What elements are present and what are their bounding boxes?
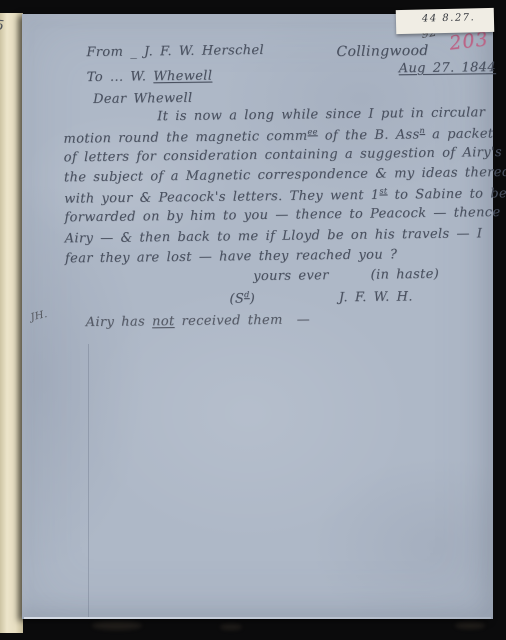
scan-smudge	[455, 622, 485, 629]
body-line: forwarded on by him to you — thence to P…	[64, 205, 506, 226]
closing-line: yours ever (in haste)	[253, 267, 439, 284]
body-line: the subject of a Magnetic correspondence…	[64, 165, 506, 186]
archive-slip: 44 8.27.	[396, 8, 495, 34]
body-line: It is now a long while since I put in ci…	[157, 105, 485, 124]
body-line: fear they are lost — have they reached y…	[65, 247, 398, 266]
edge-pencil-mark: 5	[0, 18, 5, 35]
signature-line: (Sd) J. F. W. H.	[229, 288, 412, 307]
postscript-line: Airy has not received them —	[86, 312, 310, 330]
archive-date-code: 44 8.27.	[422, 12, 476, 24]
body-line: motion round the magnetic commee of the …	[63, 125, 493, 147]
place-line: Collingwood	[336, 43, 428, 60]
to-line: To ... W. Whewell	[87, 69, 213, 86]
body-line: Airy — & then back to me if Lloyd be on …	[65, 226, 483, 246]
salutation-line: Dear Whewell	[93, 91, 193, 107]
scan-smudge	[92, 621, 142, 630]
margin-initials: JH.	[30, 309, 49, 323]
letter-scan: 5 92 203 From _ J. F. W. Herschel Collin…	[0, 0, 506, 640]
from-line: From _ J. F. W. Herschel	[86, 43, 264, 60]
date-line: Aug 27. 1844	[399, 60, 496, 76]
letter-page: 92 203 From _ J. F. W. Herschel Collingw…	[22, 14, 493, 619]
body-line: with your & Peacock's letters. They went…	[64, 185, 506, 207]
underlying-page-edge: 5	[0, 13, 23, 633]
handwriting-layer: 92 203 From _ J. F. W. Herschel Collingw…	[22, 11, 500, 622]
scan-smudge	[220, 624, 242, 630]
body-line: of letters for consideration containing …	[64, 145, 506, 166]
